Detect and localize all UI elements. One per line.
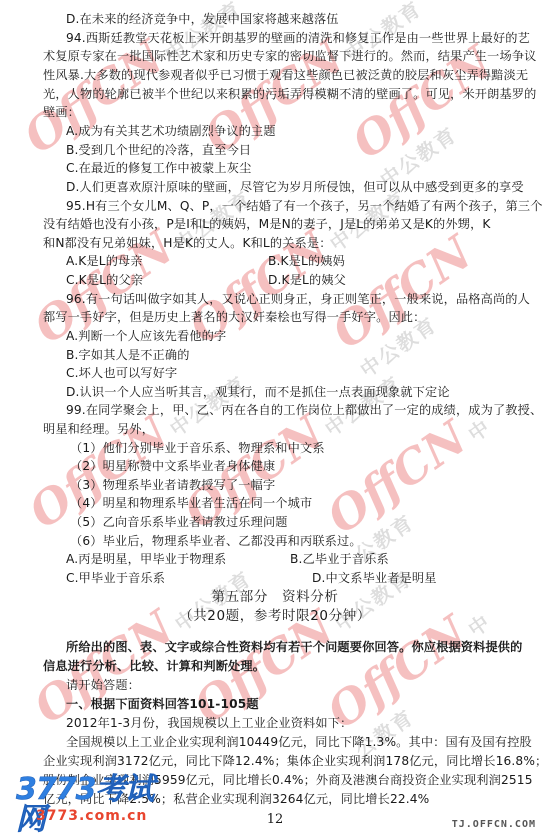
q95-options-row: A.K是L的母亲 B.K是L的姨妈	[66, 252, 508, 270]
q99-condition: （3）物理系毕业者请教授写了一幅字	[70, 476, 512, 494]
exam-page: OffCN 中公教育 OffCN 中公教育 OffCN 中公教育 OffCN 中…	[0, 0, 550, 836]
q99-condition: （5）乙向音乐系毕业者请教过乐理问题	[70, 513, 512, 531]
q99-condition: （6）毕业后，物理系毕业者、乙都没再和丙联系过。	[70, 532, 512, 550]
q96-option-a: A.判断一个人应该先看他的字	[66, 327, 508, 345]
q95-options-row: C.K是L的父亲 D.K是L的姨父	[66, 271, 508, 289]
q95-stem-line: 和N都没有兄弟姐妹，H是K的丈人。K和L的关系是：	[43, 234, 485, 252]
q96-option-c: C.坏人也可以写好字	[66, 364, 508, 382]
q95-option-b: B.K是L的姨妈	[268, 252, 345, 270]
q93-option-d: D.在未来的经济竞争中，发展中国家将越来越落伍	[66, 10, 508, 28]
q99-options-row: A.丙是明星，甲毕业于物理系 B.乙毕业于音乐系	[66, 550, 508, 568]
material-line: 企业实现利润3172亿元，同比下降12.4%；集体企业实现利润178亿元，同比增…	[43, 752, 485, 770]
q94-stem-line: 94.西斯廷教堂天花板上米开朗基罗的壁画的清洗和修复工作是由一些世界上最好的艺	[66, 29, 485, 47]
section-instructions: 所给出的图、表、文字或综合性资料均有若干个问题要你回答。你应根据资料提供的	[66, 638, 485, 656]
q99-condition: （1）他们分别毕业于音乐系、物理系和中文系	[70, 439, 512, 457]
section-instructions: 信息进行分析、比较、计算和判断处理。	[43, 657, 485, 675]
q96-option-d: D.认识一个人应当听其言，观其行，而不是抓住一点表面现象就下定论	[66, 383, 508, 401]
q99-condition: （2）明星称赞中文系毕业者身体健康	[70, 457, 512, 475]
section-title: 第五部分 资料分析	[0, 588, 550, 606]
q95-option-d: D.K是L的姨父	[268, 271, 346, 289]
q99-condition: （4）明星和物理系毕业者生活在同一个城市	[70, 494, 512, 512]
q99-options-row: C.甲毕业于音乐系 D.中文系毕业者是明星	[66, 569, 508, 587]
q94-option-d: D.人们更喜欢原汁原味的壁画，尽管它为岁月所侵蚀，但可以从中感受到更多的享受	[66, 178, 508, 196]
q95-option-a: A.K是L的母亲	[66, 254, 143, 268]
q99-stem-line: 明星和经理。另外，	[43, 420, 485, 438]
q95-stem-line: 没有结婚也没有小孩，P是I和L的姨妈，M是N的妻子，J是L的弟弟又是K的外甥，K	[43, 215, 485, 233]
q96-option-b: B.字如其人是不正确的	[66, 346, 508, 364]
q99-option-a: A.丙是明星，甲毕业于物理系	[66, 552, 226, 566]
q99-option-b: B.乙毕业于音乐系	[290, 550, 389, 568]
q95-stem-line: 95.H有三个女儿M、Q、P，一个结婚了有一个孩子，另一个结婚了有两个孩子，第三…	[66, 197, 485, 215]
q96-stem-line: 都写一手好字，但是历史上著名的大汉奸秦桧也写得一手好字。因此：	[43, 308, 485, 326]
q94-option-c: C.在最近的修复工作中被蒙上灰尘	[66, 159, 508, 177]
q94-option-b: B.受到几个世纪的冷落，直至今日	[66, 141, 508, 159]
q99-option-c: C.甲毕业于音乐系	[66, 571, 165, 585]
q94-stem-line: 性风暴.大多数的现代参观者似乎已习惯于观看这些颜色已被泛黄的胶层和灰尘弄得黯淡无	[43, 66, 485, 84]
q94-stem-line: 壁画：	[43, 103, 485, 121]
q94-stem-line: 光，人物的轮廓已被半个世纪以来积累的污垢弄得模糊不清的壁画了。可见，米开朗基罗的	[43, 85, 485, 103]
site-url: TJ.OFFCN.COM	[452, 819, 536, 830]
group-heading: 一、根据下面资料回答101-105题	[66, 695, 508, 713]
start-prompt: 请开始答题：	[66, 676, 508, 694]
q94-stem-line: 术复原专家在一批国际性艺术家和历史专家的密切监督下进行的。然而，结果产生一场争议	[43, 47, 485, 65]
material-line: 全国规模以上工业企业实现利润10449亿元，同比下降1.3%。其中：国有及国有控…	[66, 733, 485, 751]
section-subtitle: （共20题，参考时限20分钟）	[0, 607, 550, 625]
q96-stem-line: 96.有一句话叫做字如其人，又说心正则身正，身正则笔正，一般来说，品格高尚的人	[66, 290, 485, 308]
q95-option-c: C.K是L的父亲	[66, 273, 143, 287]
q99-option-d: D.中文系毕业者是明星	[312, 569, 437, 587]
q94-option-a: A.成为有关其艺术功绩剧烈争议的主题	[66, 122, 508, 140]
material-intro: 2012年1-3月份，我国规模以上工业企业资料如下：	[66, 714, 508, 732]
q99-stem-line: 99.在同学聚会上，甲、乙、丙在各自的工作岗位上都做出了一定的成绩，成为了教授、	[66, 401, 485, 419]
